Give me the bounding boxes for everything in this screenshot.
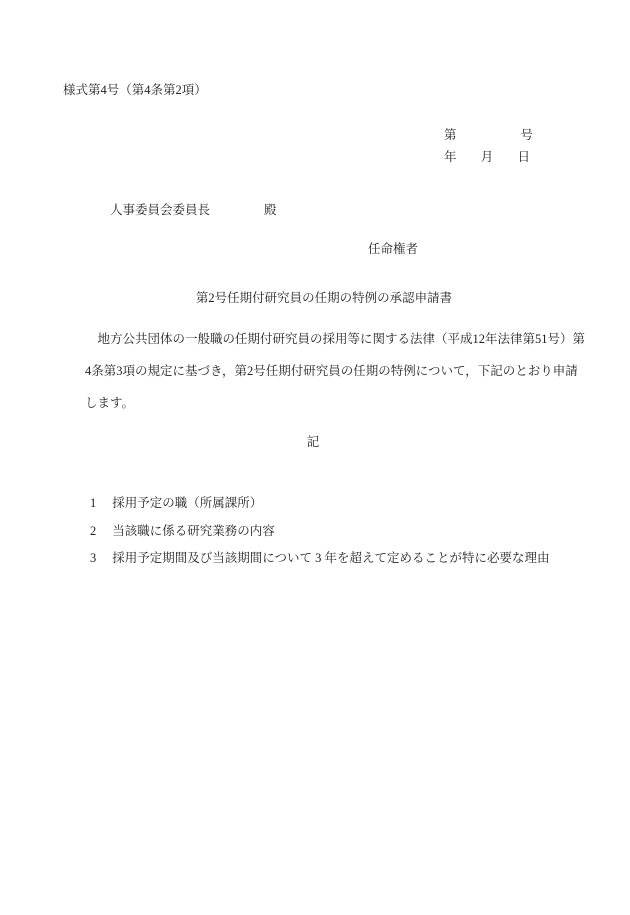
doc-number-suffix: 号 [520,129,533,142]
document-title: 第2号任期付研究員の任期の特例の承認申請書 [0,292,630,305]
doc-number-prefix: 第 [444,129,457,142]
list-item: 3採用予定期間及び当該期間について 3 年を超えて定めることが特に必要な理由 [90,552,550,565]
document-page: 様式第4号（第4条第2項） 第 号 年 月 日 人事委員会委員長殿 任命権者 第… [0,0,630,915]
addressee-honorific: 殿 [264,203,277,217]
form-number: 様式第4号（第4条第2項） [63,84,207,97]
item-text: 採用予定期間及び当該期間について 3 年を超えて定めることが特に必要な理由 [112,551,549,565]
body-paragraph-line-3: します。 [85,397,134,410]
addressee-line: 人事委員会委員長殿 [110,204,277,217]
item-text: 採用予定の職（所属課所） [112,496,262,510]
item-text: 当該職に係る研究業務の内容 [112,524,275,538]
appointing-authority-label: 任命権者 [368,243,418,256]
addressee-name: 人事委員会委員長 [110,203,210,217]
body-paragraph-line-1: 地方公共団体の一般職の任期付研究員の採用等に関する法律（平成12年法律第51号）… [85,333,585,346]
document-number-line: 第 号 [444,129,533,142]
body-paragraph-line-2: 4条第3項の規定に基づき，第2号任期付研究員の任期の特例について，下記のとおり申… [85,365,578,378]
date-line: 年 月 日 [444,151,530,164]
date-day-label: 日 [517,151,530,164]
item-number: 3 [90,551,96,565]
item-number: 1 [90,496,96,510]
item-number: 2 [90,524,96,538]
list-item: 1採用予定の職（所属課所） [90,497,262,510]
date-month-label: 月 [481,151,494,164]
section-marker-ki: 記 [0,436,626,449]
date-year-label: 年 [444,151,457,164]
list-item: 2当該職に係る研究業務の内容 [90,525,275,538]
